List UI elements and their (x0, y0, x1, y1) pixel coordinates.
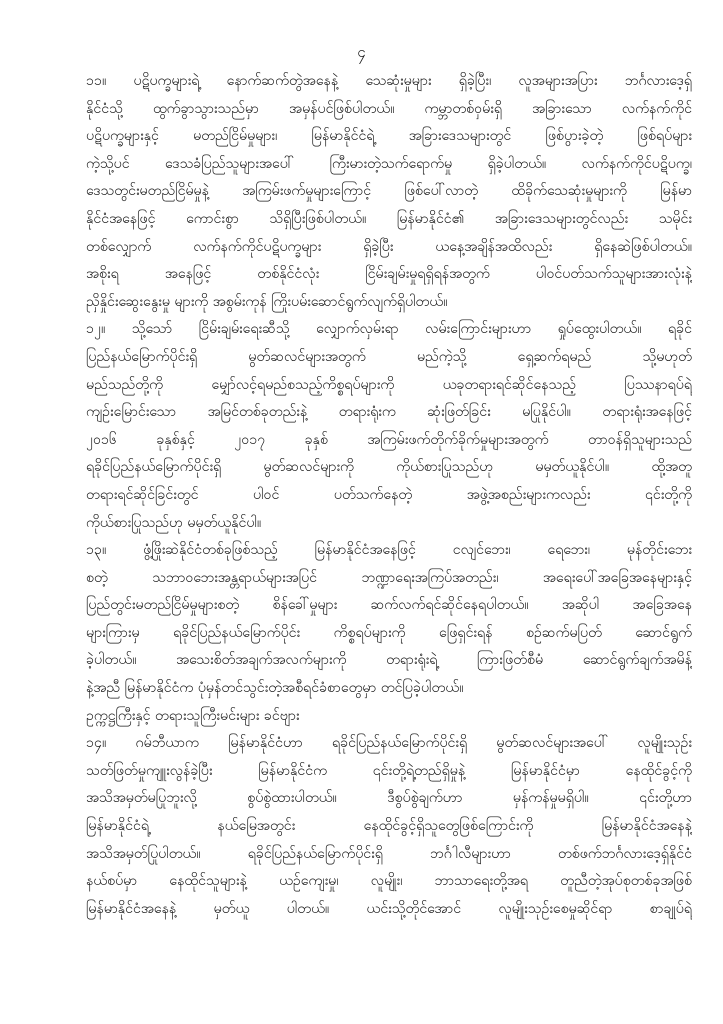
text-line: ကျဉ်းမြောင်းသော အမြင်တစ်ခုတည်းနဲ့ တရားရု… (86, 399, 692, 427)
text-line: အသိအမှတ်မပြုဘူးလို့ စွပ်စွဲထားပါတယ်။ ဒီစ… (86, 785, 692, 813)
text-line: ပဋိပက္ခများနှင့် မတည်ငြိမ်မှုများ၊ မြန်မ… (86, 123, 692, 151)
text-line: ရခိုင်ပြည်နယ်မြောက်ပိုင်းရှိ မွတ်ဆလင်မျာ… (86, 454, 692, 482)
text-line: အသိအမှတ်ပြုပါတယ်။ ရခိုင်ပြည်နယ်မြောက်ပို… (86, 841, 692, 869)
text-line: သတ်ဖြတ်မှုကျူးလွန်ခဲ့ပြီး မြန်မာနိုင်ငံက… (86, 758, 692, 786)
text-line: ကဲ့သို့ပင် ဒေသခံပြည်သူများအပေါ် ကြီးမားတ… (86, 151, 692, 179)
section-heading: ဥက္ကဋ္ဌကြီးနှင့် တရားသူကြီးမင်းများ ခင်ဗ… (86, 703, 692, 731)
text-line: ၁၄။ ဂမ်ဘီယာက မြန်မာနိုင်ငံဟာ ရခိုင်ပြည်န… (86, 730, 692, 758)
text-line: မည်သည်တို့ကို မျှော်လင့်ရမည်စသည့်ကိစ္စရပ… (86, 372, 692, 400)
text-line: ပြည်တွင်းမတည်ငြိမ်မှုများစတဲ့ စိန်ခေါ်မှ… (86, 592, 692, 620)
text-line: နဲ့အညီ မြန်မာနိုင်ငံက ပုံမှန်တင်သွင်းတဲ့… (86, 675, 692, 703)
page-number: ၄ (0, 42, 723, 62)
text-line: ပြည်နယ်မြောက်ပိုင်းရှိ မွတ်ဆလင်များအတွက်… (86, 344, 692, 372)
text-line: ၁၂။ သို့သော် ငြိမ်းချမ်းရေးဆီသို့ လျှောက… (86, 316, 692, 344)
text-line: ညှိနှိုင်းဆွေးနွေးမှု များကို အစွမ်းကုန်… (86, 289, 692, 317)
text-line: များကြားမှ ရခိုင်ပြည်နယ်မြောက်ပိုင်း ကိစ… (86, 620, 692, 648)
text-line: နိုင်ငံသို့ ထွက်ခွာသွားသည်မှာ အမှန်ပင်ဖြ… (86, 96, 692, 124)
text-line: ၂၀၁၆ ခုနှစ်နှင့် ၂၀၁၇ ခုနှစ် အကြမ်းဖက်တိ… (86, 427, 692, 455)
text-line: မြန်မာနိုင်ငံအနေနဲ့ မှတ်ယူ ပါတယ်။ ယင်းသိ… (86, 896, 692, 924)
text-line: မြန်မာနိုင်ငံရဲ့ နယ်မြေအတွင်း နေထိုင်ခွင… (86, 813, 692, 841)
text-line: ဒေသတွင်းမတည်ငြိမ်မှုနဲ့ အကြမ်းဖက်မှုများ… (86, 178, 692, 206)
document-page: ၄ ၁၁။ ပဋိပက္ခများရဲ့ နောက်ဆက်တွဲအနေနဲ့ သ… (0, 0, 723, 1024)
document-body: ၁၁။ ပဋိပက္ခများရဲ့ နောက်ဆက်တွဲအနေနဲ့ သေဆ… (86, 68, 692, 923)
text-line: စတဲ့ သဘာဝဘေးအန္တရာယ်များအပြင် ဘဏ္ဍာရေးအက… (86, 565, 692, 593)
text-line: တရားရင်ဆိုင်ခြင်းတွင် ပါဝင် ပတ်သက်နေတဲ့ … (86, 482, 692, 510)
text-line: ၁၁။ ပဋိပက္ခများရဲ့ နောက်ဆက်တွဲအနေနဲ့ သေဆ… (86, 68, 692, 96)
text-line: ခဲ့ပါတယ်။ အသေးစိတ်အချက်အလက်များကို တရားရ… (86, 647, 692, 675)
text-line: တစ်လျှောက် လက်နက်ကိုင်ပဋိပက္ခများ ရှိခဲ့… (86, 234, 692, 262)
text-line: နယ်စပ်မှာ နေထိုင်သူများနဲ့ ယဉ်ကျေးမှု၊ လ… (86, 868, 692, 896)
text-line: ကိုယ်စားပြုသည်ဟု မမှတ်ယူနိုင်ပါ။ (86, 510, 692, 538)
text-line: ၁၃။ ဖွံ့ဖြိုးဆဲနိုင်ငံတစ်ခုဖြစ်သည့် မြန်… (86, 537, 692, 565)
text-line: နိုင်ငံအနေဖြင့် ကောင်းစွာ သိရှိပြီးဖြစ်ပ… (86, 206, 692, 234)
text-line: အစိုးရ အနေဖြင့် တစ်နိုင်ငံလုံး ငြိမ်းချမ… (86, 261, 692, 289)
